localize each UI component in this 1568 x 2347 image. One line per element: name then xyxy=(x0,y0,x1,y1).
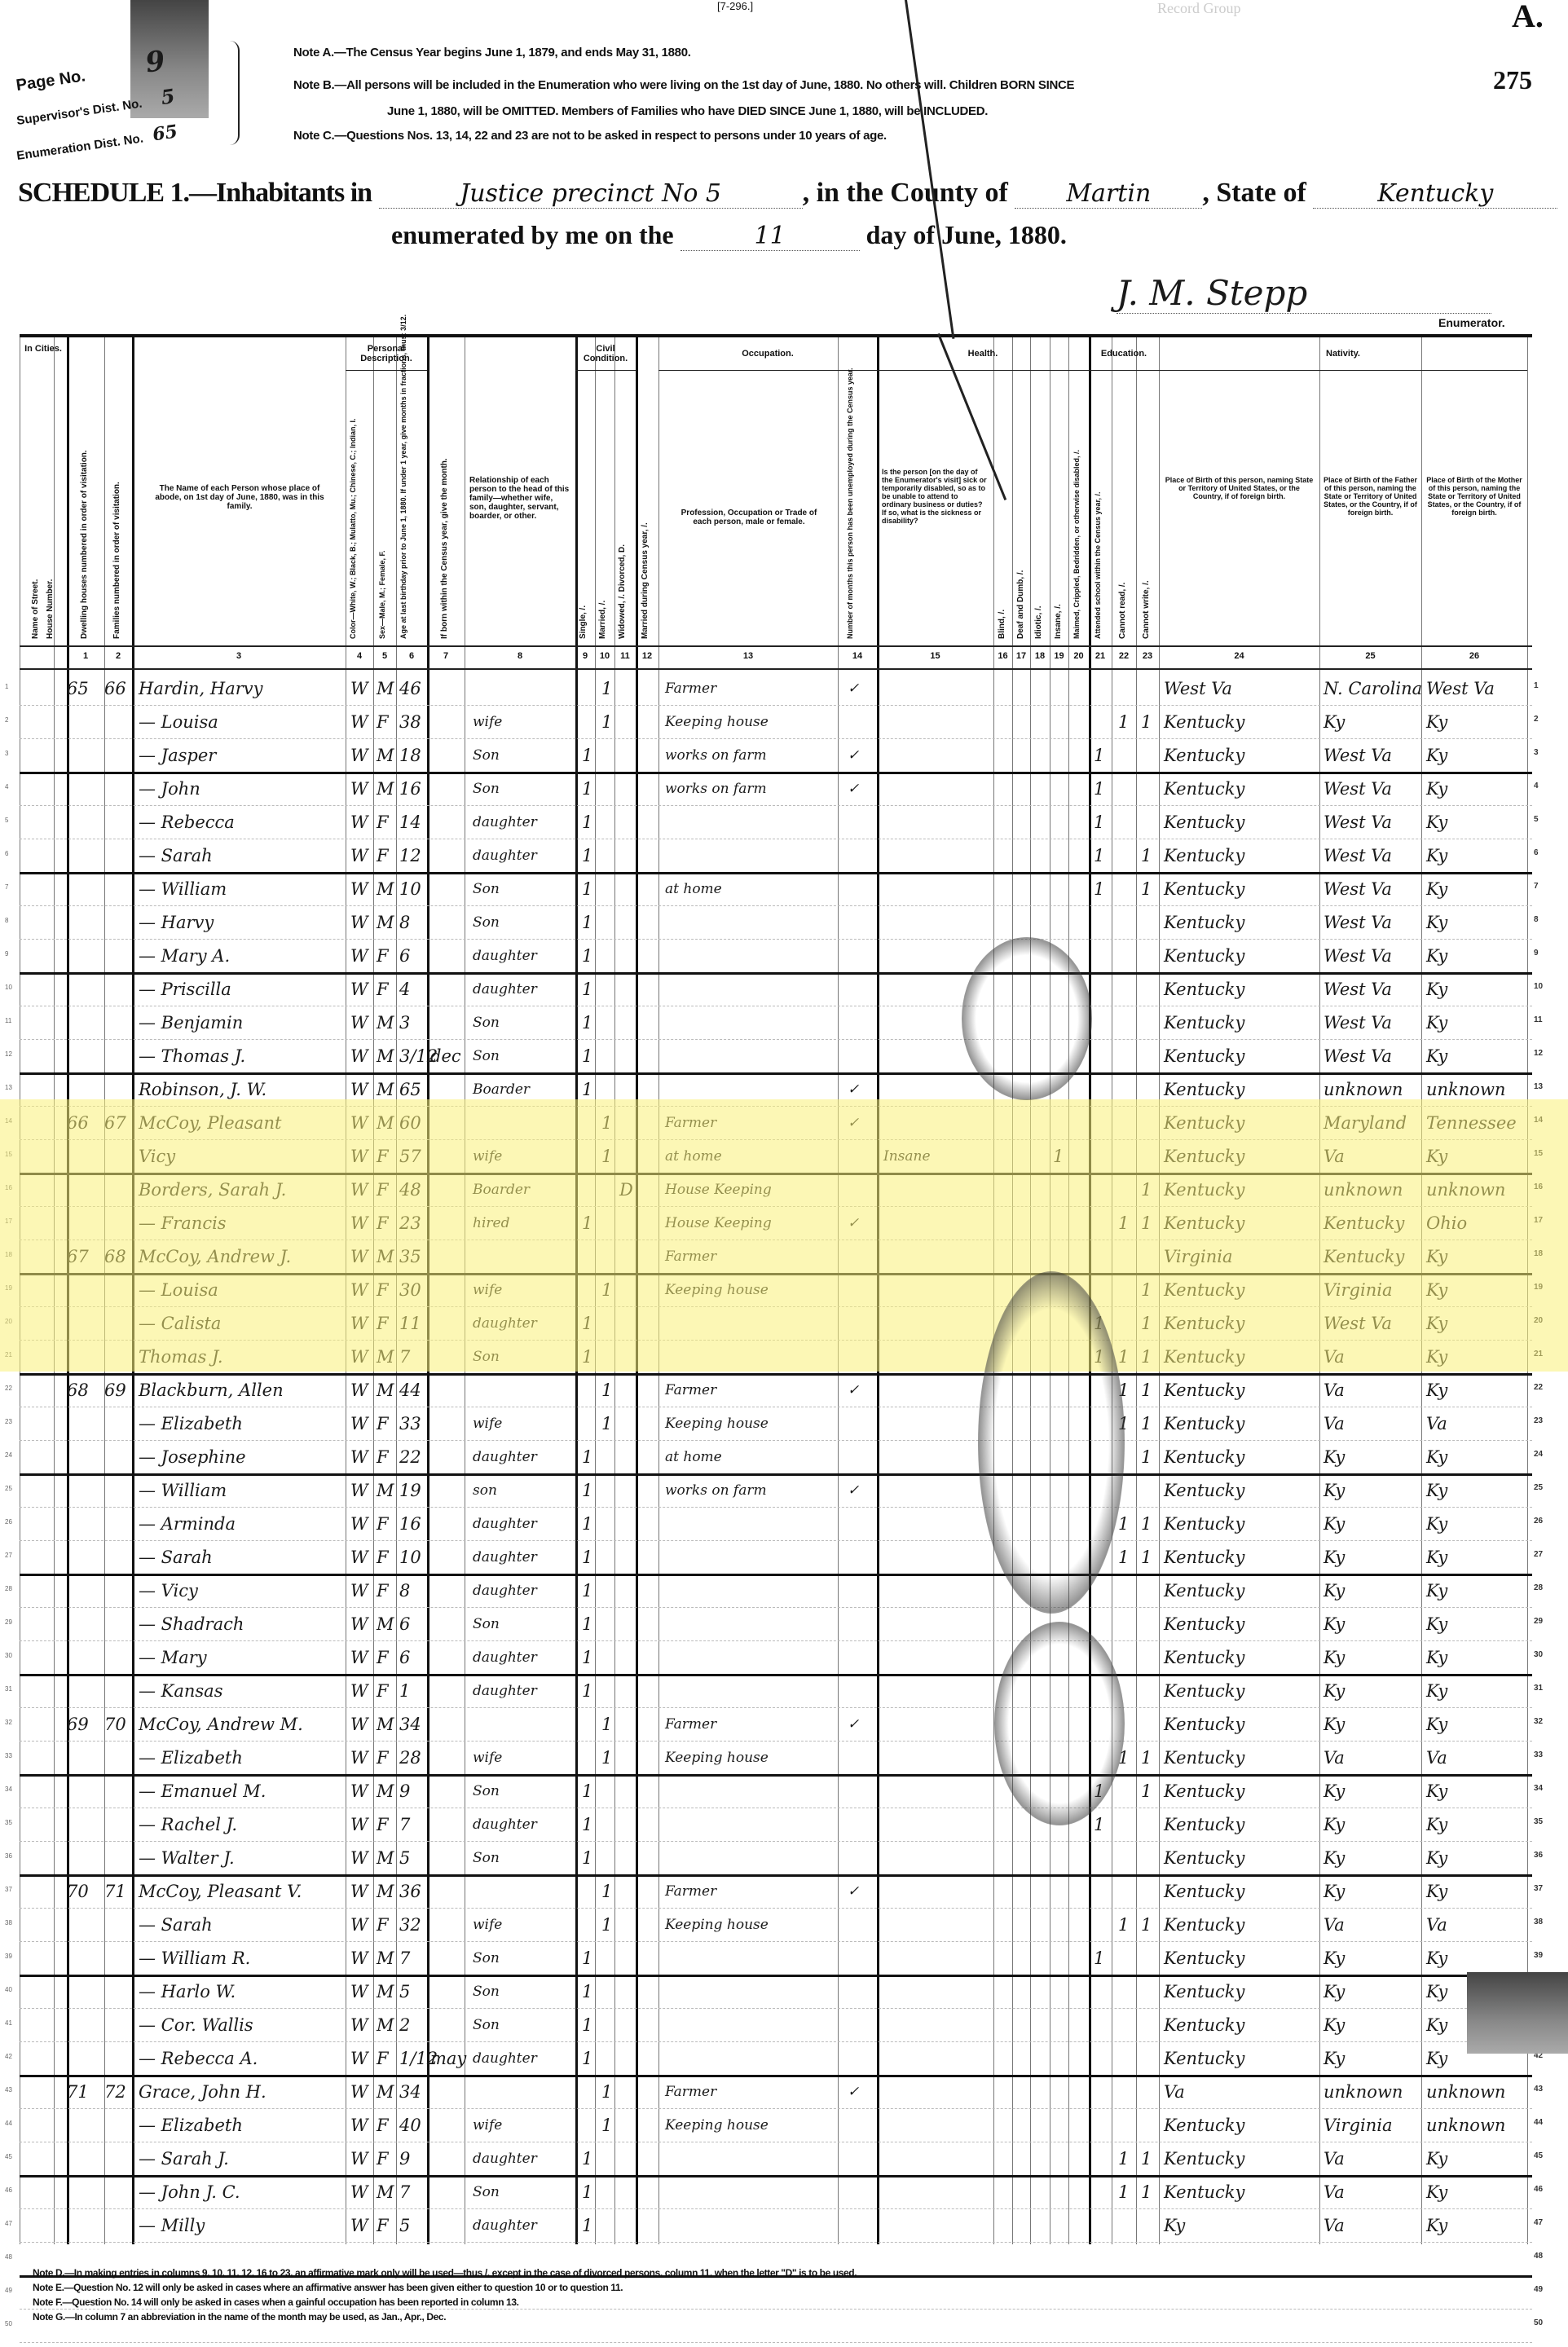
colnum-18: 18 xyxy=(1030,651,1050,661)
birthplace-cell: Kentucky xyxy=(1164,2013,1244,2037)
person-name: — Mary xyxy=(139,1645,207,1670)
relationship-cell: wife xyxy=(473,1746,502,1770)
cannot-read-mark: 1 xyxy=(1118,1345,1129,1369)
father-birthplace-cell: West Va xyxy=(1324,843,1392,868)
color-cell: W xyxy=(350,2080,368,2104)
line-number: 10 xyxy=(1534,982,1553,991)
school-mark: 1 xyxy=(1094,1946,1104,1971)
age-cell: 6 xyxy=(399,944,410,968)
age-cell: 38 xyxy=(399,710,421,734)
enumerated-suffix: day of June, 1880. xyxy=(866,220,1067,249)
age-cell: 8 xyxy=(399,910,410,935)
relationship-cell: wife xyxy=(473,1144,502,1169)
line-number-left: 35 xyxy=(5,1819,16,1826)
cannot-read-mark: 1 xyxy=(1118,710,1129,734)
mother-birthplace-cell: Ky xyxy=(1426,1712,1447,1737)
occupation-cell: Farmer xyxy=(665,1879,716,1904)
line-number-left: 40 xyxy=(5,1986,16,1993)
table-row: 3939— William R.WM7Son11KentuckyKyKy xyxy=(20,1941,1532,1977)
sex-cell: M xyxy=(377,1077,394,1102)
cannot-write-mark: 1 xyxy=(1141,1545,1152,1570)
color-cell: W xyxy=(350,2147,368,2171)
father-birthplace-cell: Ky xyxy=(1324,1779,1345,1803)
table-row: 66— SarahWF12daughter111KentuckyWest VaK… xyxy=(20,839,1532,874)
sex-cell: F xyxy=(377,1645,389,1670)
cannot-write-mark: 1 xyxy=(1141,877,1152,901)
col-9: Single, /. xyxy=(579,582,588,639)
relationship-cell: Son xyxy=(473,910,500,935)
group-education: Education. xyxy=(1089,349,1159,359)
relationship-cell: daughter xyxy=(473,1445,537,1469)
father-birthplace-cell: Va xyxy=(1324,1913,1345,1937)
married-mark: 1 xyxy=(601,1411,612,1436)
single-mark: 1 xyxy=(582,1311,592,1336)
sex-cell: M xyxy=(377,1478,394,1503)
colnum-23: 23 xyxy=(1136,651,1159,661)
mother-birthplace-cell: Ky xyxy=(1426,1311,1447,1336)
relationship-cell: wife xyxy=(473,1411,502,1436)
colnum-21: 21 xyxy=(1089,651,1112,661)
line-number: 15 xyxy=(1534,1149,1553,1158)
brace xyxy=(230,41,240,145)
color-cell: W xyxy=(350,843,368,868)
line-number: 50 xyxy=(1534,2318,1553,2327)
table-row: 1010— PriscillaWF4daughter1KentuckyWest … xyxy=(20,972,1532,1006)
line-number: 12 xyxy=(1534,1049,1553,1058)
mother-birthplace-cell: Ky xyxy=(1426,1612,1447,1636)
table-row: 2525— WilliamWM19son1works on farm✓Kentu… xyxy=(20,1473,1532,1508)
birthplace-cell: Kentucky xyxy=(1164,1879,1244,1904)
birth-month-cell: dec xyxy=(430,1044,461,1068)
person-name: Robinson, J. W. xyxy=(139,1077,266,1102)
line-number-left: 46 xyxy=(5,2186,16,2194)
line-number-left: 13 xyxy=(5,1084,16,1091)
person-name: Thomas J. xyxy=(139,1345,223,1369)
cannot-write-mark: 1 xyxy=(1141,710,1152,734)
school-mark: 1 xyxy=(1094,777,1104,801)
occupation-cell: Farmer xyxy=(665,1244,716,1269)
cannot-write-mark: 1 xyxy=(1141,1746,1152,1770)
col-17: Deaf and Dumb, /. xyxy=(1016,566,1025,639)
enumeration-dist-value: 65 xyxy=(152,121,179,145)
colnum-9: 9 xyxy=(575,651,595,661)
cannot-read-mark: 1 xyxy=(1118,1746,1129,1770)
line-number-left: 39 xyxy=(5,1953,16,1960)
sex-cell: F xyxy=(377,1512,389,1536)
birthplace-cell: Va xyxy=(1164,2080,1185,2104)
table-row: 2121Thomas J.WM7Son1111KentuckyVaKy xyxy=(20,1340,1532,1376)
single-mark: 1 xyxy=(582,1679,592,1703)
person-name: — William xyxy=(139,1478,227,1503)
birthplace-cell: Kentucky xyxy=(1164,1445,1244,1469)
line-number-left: 3 xyxy=(5,750,16,757)
age-cell: 34 xyxy=(399,2080,421,2104)
note-e: Note E.—Question No. 12 will only be ask… xyxy=(33,2282,623,2293)
page-no-label-text: Page No. xyxy=(15,67,86,95)
sex-cell: F xyxy=(377,1178,389,1202)
mother-birthplace-cell: Ky xyxy=(1426,2180,1447,2204)
colnum-24: 24 xyxy=(1159,651,1319,661)
father-birthplace-cell: Va xyxy=(1324,1378,1345,1402)
relationship-cell: Son xyxy=(473,1979,500,2004)
mother-birthplace-cell: Ky xyxy=(1426,743,1447,768)
age-cell: 1 xyxy=(399,1679,410,1703)
enumeration-dist-label-text: Enumeration Dist. No. xyxy=(15,131,144,163)
age-cell: 60 xyxy=(399,1111,421,1135)
dwelling-number: 66 xyxy=(67,1111,89,1135)
married-mark: 1 xyxy=(601,2080,612,2104)
colnum-19: 19 xyxy=(1050,651,1068,661)
line-number-left: 24 xyxy=(5,1451,16,1459)
col-14: Number of months this person has been un… xyxy=(846,386,855,639)
relationship-cell: daughter xyxy=(473,944,537,968)
birthplace-cell: Kentucky xyxy=(1164,2113,1244,2138)
birthplace-cell: Kentucky xyxy=(1164,1712,1244,1737)
person-name: — Walter J. xyxy=(139,1846,235,1870)
single-mark: 1 xyxy=(582,944,592,968)
married-mark: 1 xyxy=(601,1712,612,1737)
color-cell: W xyxy=(350,1211,368,1235)
cannot-write-mark: 1 xyxy=(1141,1345,1152,1369)
line-number-left: 37 xyxy=(5,1886,16,1893)
mother-birthplace-cell: unknown xyxy=(1426,1077,1505,1102)
relationship-cell: Son xyxy=(473,777,500,801)
color-cell: W xyxy=(350,2113,368,2138)
sex-cell: F xyxy=(377,1746,389,1770)
father-birthplace-cell: Ky xyxy=(1324,1679,1345,1703)
mother-birthplace-cell: Ky xyxy=(1426,1679,1447,1703)
person-name: — Sarah xyxy=(139,843,213,868)
father-birthplace-cell: West Va xyxy=(1324,1011,1392,1035)
birthplace-cell: Kentucky xyxy=(1164,1411,1244,1436)
mother-birthplace-cell: Ky xyxy=(1426,1244,1447,1269)
col-23: Cannot write, /. xyxy=(1142,574,1151,639)
table-row: 14146667McCoy, PleasantWM601Farmer✓Kentu… xyxy=(20,1106,1532,1140)
line-number: 22 xyxy=(1534,1383,1553,1392)
colnum-11: 11 xyxy=(614,651,636,661)
group-in-cities: In Cities. xyxy=(20,344,67,354)
father-birthplace-cell: Virginia xyxy=(1324,2113,1392,2138)
col-10: Married, /. xyxy=(598,582,607,639)
line-number: 47 xyxy=(1534,2218,1553,2227)
birthplace-cell: Kentucky xyxy=(1164,944,1244,968)
single-mark: 1 xyxy=(582,777,592,801)
mother-birthplace-cell: Ky xyxy=(1426,1378,1447,1402)
single-mark: 1 xyxy=(582,1011,592,1035)
family-number: 70 xyxy=(104,1712,126,1737)
stamp-number: 275 xyxy=(1493,65,1532,95)
single-mark: 1 xyxy=(582,1512,592,1536)
line-number-left: 22 xyxy=(5,1385,16,1392)
line-number: 29 xyxy=(1534,1617,1553,1626)
sex-cell: M xyxy=(377,1946,394,1971)
sex-cell: M xyxy=(377,1044,394,1068)
person-name: McCoy, Pleasant xyxy=(139,1111,281,1135)
sex-cell: F xyxy=(377,1411,389,1436)
father-birthplace-cell: Ky xyxy=(1324,2046,1345,2071)
occupation-cell: Farmer xyxy=(665,1712,716,1737)
line-number: 13 xyxy=(1534,1082,1553,1091)
mother-birthplace-cell: Va xyxy=(1426,1913,1447,1937)
mother-birthplace-cell: West Va xyxy=(1426,676,1495,701)
father-birthplace-cell: West Va xyxy=(1324,1311,1392,1336)
sex-cell: F xyxy=(377,2147,389,2171)
mother-birthplace-cell: Ky xyxy=(1426,2213,1447,2238)
age-cell: 57 xyxy=(399,1144,421,1169)
relationship-cell: wife xyxy=(473,2113,502,2138)
father-birthplace-cell: West Va xyxy=(1324,1044,1392,1068)
mother-birthplace-cell: Ky xyxy=(1426,777,1447,801)
colnum-15: 15 xyxy=(877,651,993,661)
colnum-4: 4 xyxy=(346,651,373,661)
color-cell: W xyxy=(350,1946,368,1971)
occupation-cell: Keeping house xyxy=(665,1913,769,1937)
precinct-field: Justice precinct No 5 xyxy=(379,179,803,209)
age-cell: 7 xyxy=(399,2180,410,2204)
col-16: Blind, /. xyxy=(998,582,1006,639)
birthplace-cell: Kentucky xyxy=(1164,2046,1244,2071)
mother-birthplace-cell: Ky xyxy=(1426,1979,1447,2004)
note-g: Note G.—In column 7 an abbreviation in t… xyxy=(33,2311,446,2323)
enumeration-dist-label: Enumeration Dist. No. 65 xyxy=(15,121,178,165)
unemployed-check: ✓ xyxy=(848,1378,859,1402)
color-cell: W xyxy=(350,2013,368,2037)
line-number-left: 36 xyxy=(5,1852,16,1860)
sex-cell: M xyxy=(377,2180,394,2204)
table-row: 1212— Thomas J.WM3/12decSon1KentuckyWest… xyxy=(20,1039,1532,1075)
father-birthplace-cell: West Va xyxy=(1324,977,1392,1002)
colnum-3: 3 xyxy=(132,651,346,661)
birthplace-cell: Kentucky xyxy=(1164,1011,1244,1035)
table-row: 4242— Rebecca A.WF1/12maydaughter1Kentuc… xyxy=(20,2041,1532,2077)
line-number: 14 xyxy=(1534,1116,1553,1125)
mother-birthplace-cell: Ky xyxy=(1426,810,1447,834)
colnum-6: 6 xyxy=(396,651,427,661)
line-number-left: 19 xyxy=(5,1284,16,1292)
line-number: 11 xyxy=(1534,1015,1553,1024)
color-cell: W xyxy=(350,1645,368,1670)
color-cell: W xyxy=(350,2180,368,2204)
color-cell: W xyxy=(350,743,368,768)
unemployed-check: ✓ xyxy=(848,777,859,801)
line-number-left: 30 xyxy=(5,1652,16,1659)
birthplace-cell: Kentucky xyxy=(1164,1612,1244,1636)
line-number-left: 50 xyxy=(5,2320,16,2327)
line-number-left: 41 xyxy=(5,2019,16,2027)
line-number: 45 xyxy=(1534,2151,1553,2160)
age-cell: 8 xyxy=(399,1579,410,1603)
occupation-cell: Keeping house xyxy=(665,1746,769,1770)
birthplace-cell: Virginia xyxy=(1164,1244,1232,1269)
cannot-write-mark: 1 xyxy=(1141,1278,1152,1302)
line-number-left: 1 xyxy=(5,683,16,690)
table-row: 55— RebeccaWF14daughter11KentuckyWest Va… xyxy=(20,805,1532,839)
colnum-22: 22 xyxy=(1112,651,1136,661)
person-name: — Louisa xyxy=(139,1278,218,1302)
age-cell: 30 xyxy=(399,1278,421,1302)
birthplace-cell: Kentucky xyxy=(1164,777,1244,801)
group-nativity: Nativity. xyxy=(1159,349,1527,359)
colnum-17: 17 xyxy=(1012,651,1030,661)
table-row: 1313Robinson, J. W.WM65Boarder1✓Kentucky… xyxy=(20,1072,1532,1107)
line-number: 26 xyxy=(1534,1517,1553,1526)
cannot-read-mark: 1 xyxy=(1118,2147,1129,2171)
col-3: The Name of each Person whose place of a… xyxy=(150,484,329,511)
birthplace-cell: Kentucky xyxy=(1164,1111,1244,1135)
sex-cell: M xyxy=(377,1779,394,1803)
age-cell: 6 xyxy=(399,1645,410,1670)
line-number-left: 12 xyxy=(5,1050,16,1058)
line-number-left: 23 xyxy=(5,1418,16,1425)
cannot-write-mark: 1 xyxy=(1141,1378,1152,1402)
line-number: 23 xyxy=(1534,1416,1553,1425)
color-cell: W xyxy=(350,1712,368,1737)
line-number-left: 48 xyxy=(5,2253,16,2261)
sex-cell: F xyxy=(377,1545,389,1570)
age-cell: 36 xyxy=(399,1879,421,1904)
father-birthplace-cell: Ky xyxy=(1324,710,1345,734)
unemployed-check: ✓ xyxy=(848,1712,859,1737)
family-number: 71 xyxy=(104,1879,126,1904)
sex-cell: M xyxy=(377,1846,394,1870)
birthplace-cell: Kentucky xyxy=(1164,1311,1244,1336)
color-cell: W xyxy=(350,1579,368,1603)
schedule-prefix: SCHEDULE 1.—Inhabitants in xyxy=(18,178,372,208)
line-number-left: 16 xyxy=(5,1184,16,1191)
colnum-20: 20 xyxy=(1068,651,1089,661)
line-number-left: 10 xyxy=(5,984,16,991)
sex-cell: F xyxy=(377,1278,389,1302)
birthplace-cell: Kentucky xyxy=(1164,1512,1244,1536)
table-row: 22226869Blackburn, AllenWM441Farmer✓11Ke… xyxy=(20,1373,1532,1407)
person-name: — John xyxy=(139,777,200,801)
cannot-write-mark: 1 xyxy=(1141,1913,1152,1937)
family-number: 69 xyxy=(104,1378,126,1402)
sex-cell: M xyxy=(377,1612,394,1636)
cannot-read-mark: 1 xyxy=(1118,1545,1129,1570)
father-birthplace-cell: West Va xyxy=(1324,810,1392,834)
line-number: 39 xyxy=(1534,1951,1553,1960)
colnum-8: 8 xyxy=(465,651,575,661)
dwelling-number: 70 xyxy=(67,1879,89,1904)
colnum-7: 7 xyxy=(427,651,465,661)
color-cell: W xyxy=(350,877,368,901)
sex-cell: M xyxy=(377,1345,394,1369)
day-field: 11 xyxy=(680,222,860,251)
sex-cell: F xyxy=(377,1579,389,1603)
relationship-cell: Son xyxy=(473,2180,500,2204)
occupation-cell: Farmer xyxy=(665,1378,716,1402)
line-number-left: 14 xyxy=(5,1117,16,1125)
line-number-left: 26 xyxy=(5,1518,16,1526)
age-cell: 11 xyxy=(399,1311,421,1336)
table-row: 1111— BenjaminWM3Son1KentuckyWest VaKy xyxy=(20,1006,1532,1040)
sickness-cell: Insane xyxy=(883,1144,931,1169)
note-f: Note F.—Question No. 14 will only be ask… xyxy=(33,2296,519,2308)
sex-cell: F xyxy=(377,2046,389,2071)
relationship-cell: daughter xyxy=(473,843,537,868)
color-cell: W xyxy=(350,1111,368,1135)
color-cell: W xyxy=(350,1612,368,1636)
enumerated-prefix: enumerated by me on the xyxy=(391,220,674,249)
cannot-write-mark: 1 xyxy=(1141,843,1152,868)
birthplace-cell: Kentucky xyxy=(1164,1946,1244,1971)
mother-birthplace-cell: Ky xyxy=(1426,1144,1447,1169)
occupation-cell: at home xyxy=(665,877,722,901)
married-mark: 1 xyxy=(601,710,612,734)
cannot-write-mark: 1 xyxy=(1141,1512,1152,1536)
line-number-left: 11 xyxy=(5,1017,16,1024)
table-row: 4646— John J. C.WM7Son111KentuckyVaKy xyxy=(20,2175,1532,2209)
line-number-left: 15 xyxy=(5,1151,16,1158)
table-row: 2424— JosephineWF22daughter1at home1Kent… xyxy=(20,1440,1532,1476)
enumerator-signature: J. M. Stepp xyxy=(1117,273,1491,314)
mother-birthplace-cell: Ky xyxy=(1426,1512,1447,1536)
birthplace-cell: Kentucky xyxy=(1164,877,1244,901)
line-number: 1 xyxy=(1534,681,1553,690)
person-name: — Calista xyxy=(139,1311,221,1336)
birthplace-cell: West Va xyxy=(1164,676,1232,701)
person-name: Vicy xyxy=(139,1144,175,1169)
sex-cell: F xyxy=(377,977,389,1002)
single-mark: 1 xyxy=(582,1545,592,1570)
person-name: Blackburn, Allen xyxy=(139,1378,284,1402)
person-name: — Milly xyxy=(139,2213,205,2238)
school-mark: 1 xyxy=(1094,1345,1104,1369)
birthplace-cell: Kentucky xyxy=(1164,1178,1244,1202)
father-birthplace-cell: West Va xyxy=(1324,877,1392,901)
birthplace-cell: Kentucky xyxy=(1164,1378,1244,1402)
sex-cell: M xyxy=(377,1879,394,1904)
person-name: — William R. xyxy=(139,1946,250,1971)
age-cell: 35 xyxy=(399,1244,421,1269)
father-birthplace-cell: West Va xyxy=(1324,777,1392,801)
occupation-cell: Keeping house xyxy=(665,2113,769,2138)
unemployed-check: ✓ xyxy=(848,1478,859,1503)
married-mark: 1 xyxy=(601,2113,612,2138)
person-name: Grace, John H. xyxy=(139,2080,266,2104)
sex-cell: M xyxy=(377,1244,394,1269)
age-cell: 40 xyxy=(399,2113,421,2138)
birthplace-cell: Kentucky xyxy=(1164,1746,1244,1770)
birthplace-cell: Kentucky xyxy=(1164,2147,1244,2171)
person-name: McCoy, Pleasant V. xyxy=(139,1879,302,1904)
line-number: 6 xyxy=(1534,848,1553,857)
age-cell: 44 xyxy=(399,1378,421,1402)
relationship-cell: daughter xyxy=(473,2213,537,2238)
line-number: 9 xyxy=(1534,949,1553,958)
line-number: 46 xyxy=(1534,2185,1553,2194)
single-mark: 1 xyxy=(582,1846,592,1870)
table-row: 4040— Harlo W.WM5Son1KentuckyKyKy xyxy=(20,1975,1532,2009)
person-name: — Kansas xyxy=(139,1679,222,1703)
birthplace-cell: Kentucky xyxy=(1164,1478,1244,1503)
relationship-cell: son xyxy=(473,1478,497,1503)
col-2: Families numbered in order of visitation… xyxy=(112,386,121,639)
single-mark: 1 xyxy=(582,810,592,834)
table-row: 32326970McCoy, Andrew M.WM341Farmer✓Kent… xyxy=(20,1707,1532,1742)
line-number: 33 xyxy=(1534,1750,1553,1759)
birthplace-cell: Kentucky xyxy=(1164,810,1244,834)
person-name: — Thomas J. xyxy=(139,1044,245,1068)
col-15: Is the person [on the day of the Enumera… xyxy=(882,468,988,525)
line-number: 30 xyxy=(1534,1650,1553,1659)
age-cell: 5 xyxy=(399,2213,410,2238)
birthplace-cell: Kentucky xyxy=(1164,1144,1244,1169)
occupation-cell: works on farm xyxy=(665,743,767,768)
birthplace-cell: Kentucky xyxy=(1164,710,1244,734)
col-20: Maimed, Crippled, Bedridden, or otherwis… xyxy=(1072,386,1081,639)
